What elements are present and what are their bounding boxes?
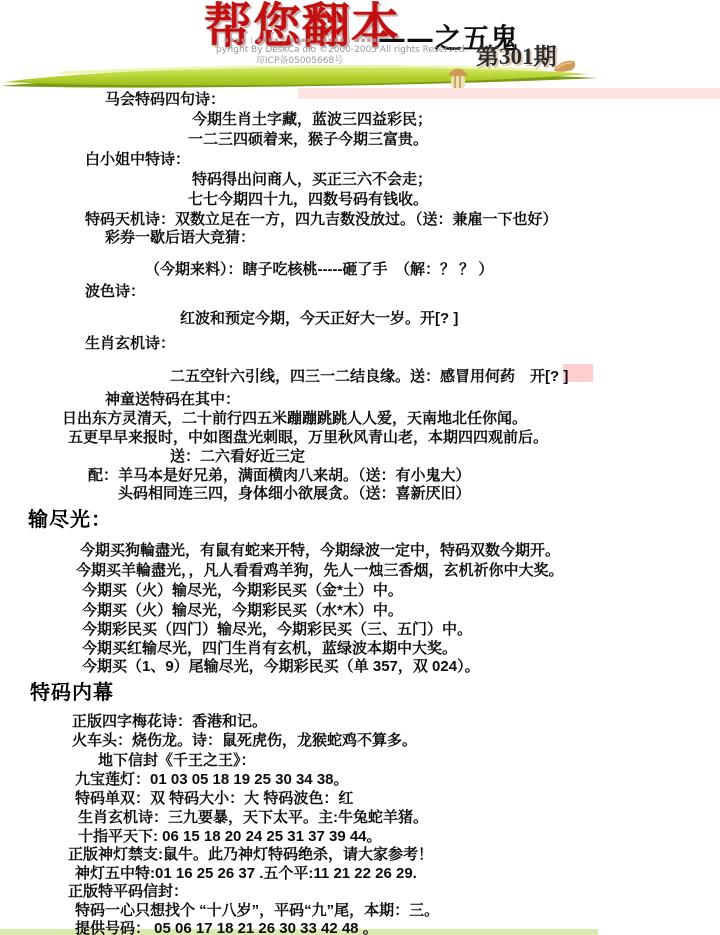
text-line: 今期生肖土字藏，蓝波三四益彩民； <box>192 110 432 129</box>
text-line: 提供号码： 05 06 17 18 21 26 30 33 42 48 。 <box>75 919 378 935</box>
text-line: 七七今期四十九，四数号码有钱收。 <box>188 190 428 209</box>
text-line: 今期买（1、9）尾输尽光，今期彩民买（单 357，双 024）。 <box>82 657 480 676</box>
icp-number: 琼ICP备05005668号 <box>256 56 343 66</box>
text-line: 今期买狗輪盡光，有鼠有蛇来开特，今期绿波一定中，特码双数今期开。 <box>80 541 560 560</box>
text-line: 送：二六看好近三定 <box>170 447 305 466</box>
text-line: 今期买（火）输尽光，今期彩民买（金*土）中。 <box>82 581 403 600</box>
text-line: 头码相同连三四，身体细小欲展贪。（送：喜新厌旧） <box>118 484 471 503</box>
text-line: 正版特平码信封： <box>68 882 188 901</box>
mushroom-icon <box>446 64 470 90</box>
text-line: 十指平天下: 06 15 18 20 24 25 31 37 39 44。 <box>78 827 382 846</box>
text-line: 神童送特码在其中： <box>105 390 240 409</box>
text-line: 一二三四硕着来，猴子今期三富贵。 <box>188 130 428 149</box>
issue-number: 第301期 <box>476 44 557 70</box>
text-line: 马会特码四句诗： <box>105 90 225 109</box>
page: ▪▪▪▪ | ▪▪▪▪ | ▪▪▪▪ | ▪▪▪▪ | ▪▪▪▪ pyright… <box>0 0 720 935</box>
text-line: 今期买羊輪盡光，，凡人看看鸡羊狗，先人一烛三香烟，玄机祈你中大奖。 <box>76 561 564 580</box>
text-line: 特码单双：双 特码大小：大 特码波色：红 <box>75 789 353 808</box>
text-line: 特码得出问商人，买正三六不会走； <box>192 170 432 189</box>
text-line: 生肖玄机诗： <box>85 334 175 353</box>
text-line: 神灯五中特:01 16 25 26 37 .五个平:11 21 22 26 29… <box>75 864 417 883</box>
text-line: 今期彩民买（四门）输尽光，今期彩民买（三、五门）中。 <box>82 620 472 639</box>
text-line: 火车头：烧伤龙。诗：鼠死虎伤，龙猴蛇鸡不算多。 <box>72 731 417 750</box>
text-line: 白小姐中特诗： <box>85 150 190 169</box>
text-line: 日出东方灵清天，二十前行四五米蹦蹦跳跳人人爱，天南地北任你闻。 <box>62 409 527 428</box>
text-line: 波色诗： <box>85 282 145 301</box>
text-line: 红波和预定今期，今天正好大一岁。开[? ] <box>180 309 458 328</box>
text-line: 今期买红输尽光，四门生肖有玄机，蓝绿波本期中大奖。 <box>82 639 457 658</box>
text-line: 生肖玄机诗：三九要暴，天下太平。主:牛兔蛇羊猪。 <box>78 808 428 827</box>
section-heading-temaneimu: 特码内幕 <box>30 681 114 705</box>
text-line: （今期来料）：瞎子吃核桃-----砸了手 （解：？ ？ ） <box>145 260 493 279</box>
text-line: 特码天机诗：双数立足在一方，四九吉数没放过。（送：兼雇一下也好） <box>85 210 558 229</box>
copyright-text: pyright By DeskCa dio ©2000-2005 All rig… <box>216 45 467 55</box>
text-line: 正版四字梅花诗：香港和记。 <box>72 712 267 731</box>
header-nav-smudge: ▪▪▪▪ | ▪▪▪▪ | ▪▪▪▪ | ▪▪▪▪ | ▪▪▪▪ <box>224 36 378 44</box>
text-line: 配：羊马本是好兄弟，满面横肉八来胡。（送：有小鬼大） <box>88 466 471 485</box>
text-line: 彩券一歇后语大竞猜： <box>105 228 255 247</box>
text-line: 特码一心只想找个 “十八岁”，平码“九”尾，本期：三。 <box>75 901 439 920</box>
text-line: 五更早早来报时，中如图盘光刺眼，万里秋风青山老，本期四四观前后。 <box>68 428 548 447</box>
text-line: 今期买（火）输尽光，今期彩民买（水*木）中。 <box>82 601 403 620</box>
text-line: 地下信封《千王之王》： <box>98 751 256 770</box>
text-line: 正版神灯禁支:鼠牛。此乃神灯特码绝杀，请大家参考！ <box>68 845 433 864</box>
text-line: 二五空针六引线，四三一二结良缘。送：感冒用何药 开[? ] <box>170 367 568 386</box>
text-line: 九宝莲灯：01 03 05 18 19 25 30 34 38。 <box>75 770 349 789</box>
section-heading-shujinguang: 输尽光： <box>28 508 112 532</box>
